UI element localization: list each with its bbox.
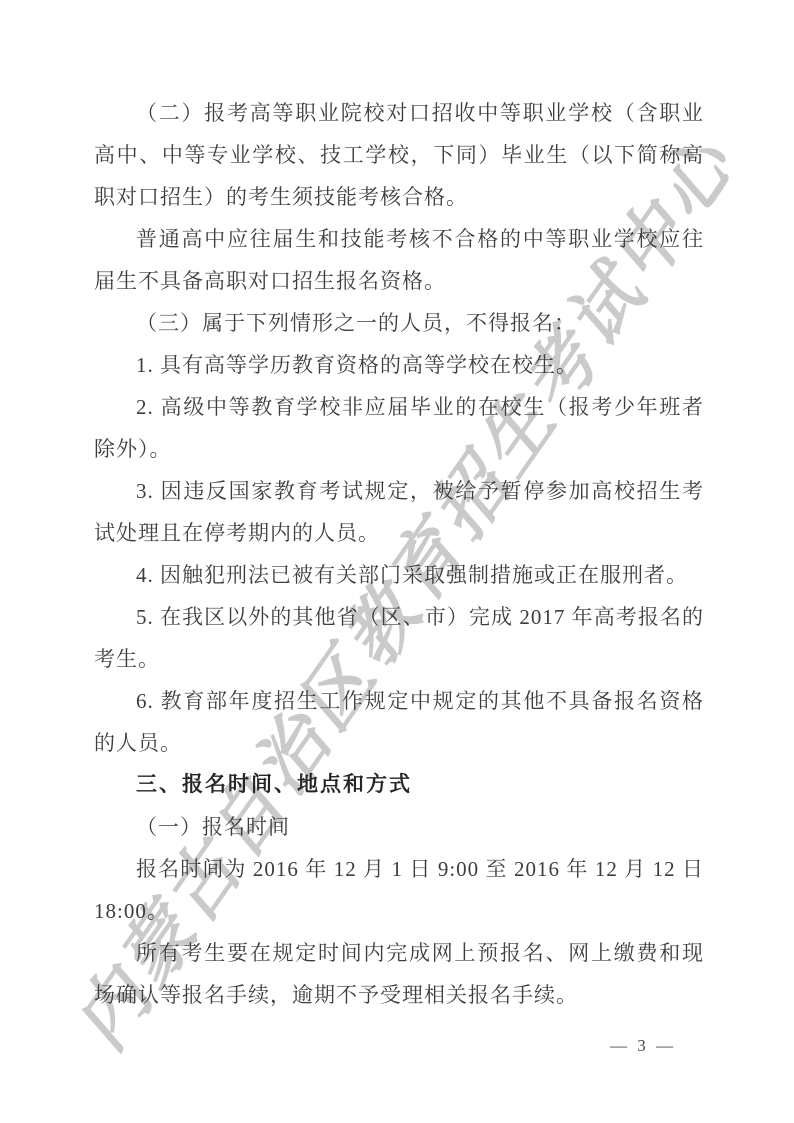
paragraph: （三）属于下列情形之一的人员，不得报名： bbox=[94, 302, 704, 344]
page-number: — 3 — bbox=[610, 1036, 676, 1055]
document-page: 内蒙古自治区教育招生考试中心 （二）报考高等职业院校对口招收中等职业学校（含职业… bbox=[0, 0, 794, 1123]
paragraph: 5. 在我区以外的其他省（区、市）完成 2017 年高考报名的考生。 bbox=[94, 596, 704, 680]
paragraph: 报名时间为 2016 年 12 月 1 日 9:00 至 2016 年 12 月… bbox=[94, 848, 704, 932]
paragraph: （一）报名时间 bbox=[94, 806, 704, 848]
paragraph: 2. 高级中等教育学校非应届毕业的在校生（报考少年班者除外）。 bbox=[94, 386, 704, 470]
paragraph: 4. 因触犯刑法已被有关部门采取强制措施或正在服刑者。 bbox=[94, 554, 704, 596]
section-heading: 三、报名时间、地点和方式 bbox=[94, 764, 704, 806]
paragraph: 1. 具有高等学历教育资格的高等学校在校生。 bbox=[94, 344, 704, 386]
paragraph: 所有考生要在规定时间内完成网上预报名、网上缴费和现场确认等报名手续，逾期不予受理… bbox=[94, 932, 704, 1016]
page-footer: — 3 — bbox=[610, 1036, 676, 1056]
paragraph: 6. 教育部年度招生工作规定中规定的其他不具备报名资格的人员。 bbox=[94, 680, 704, 764]
paragraph: （二）报考高等职业院校对口招收中等职业学校（含职业高中、中等专业学校、技工学校，… bbox=[94, 92, 704, 218]
paragraph: 普通高中应往届生和技能考核不合格的中等职业学校应往届生不具备高职对口招生报名资格… bbox=[94, 218, 704, 302]
document-body: （二）报考高等职业院校对口招收中等职业学校（含职业高中、中等专业学校、技工学校，… bbox=[94, 92, 704, 1016]
paragraph: 3. 因违反国家教育考试规定，被给予暂停参加高校招生考试处理且在停考期内的人员。 bbox=[94, 470, 704, 554]
